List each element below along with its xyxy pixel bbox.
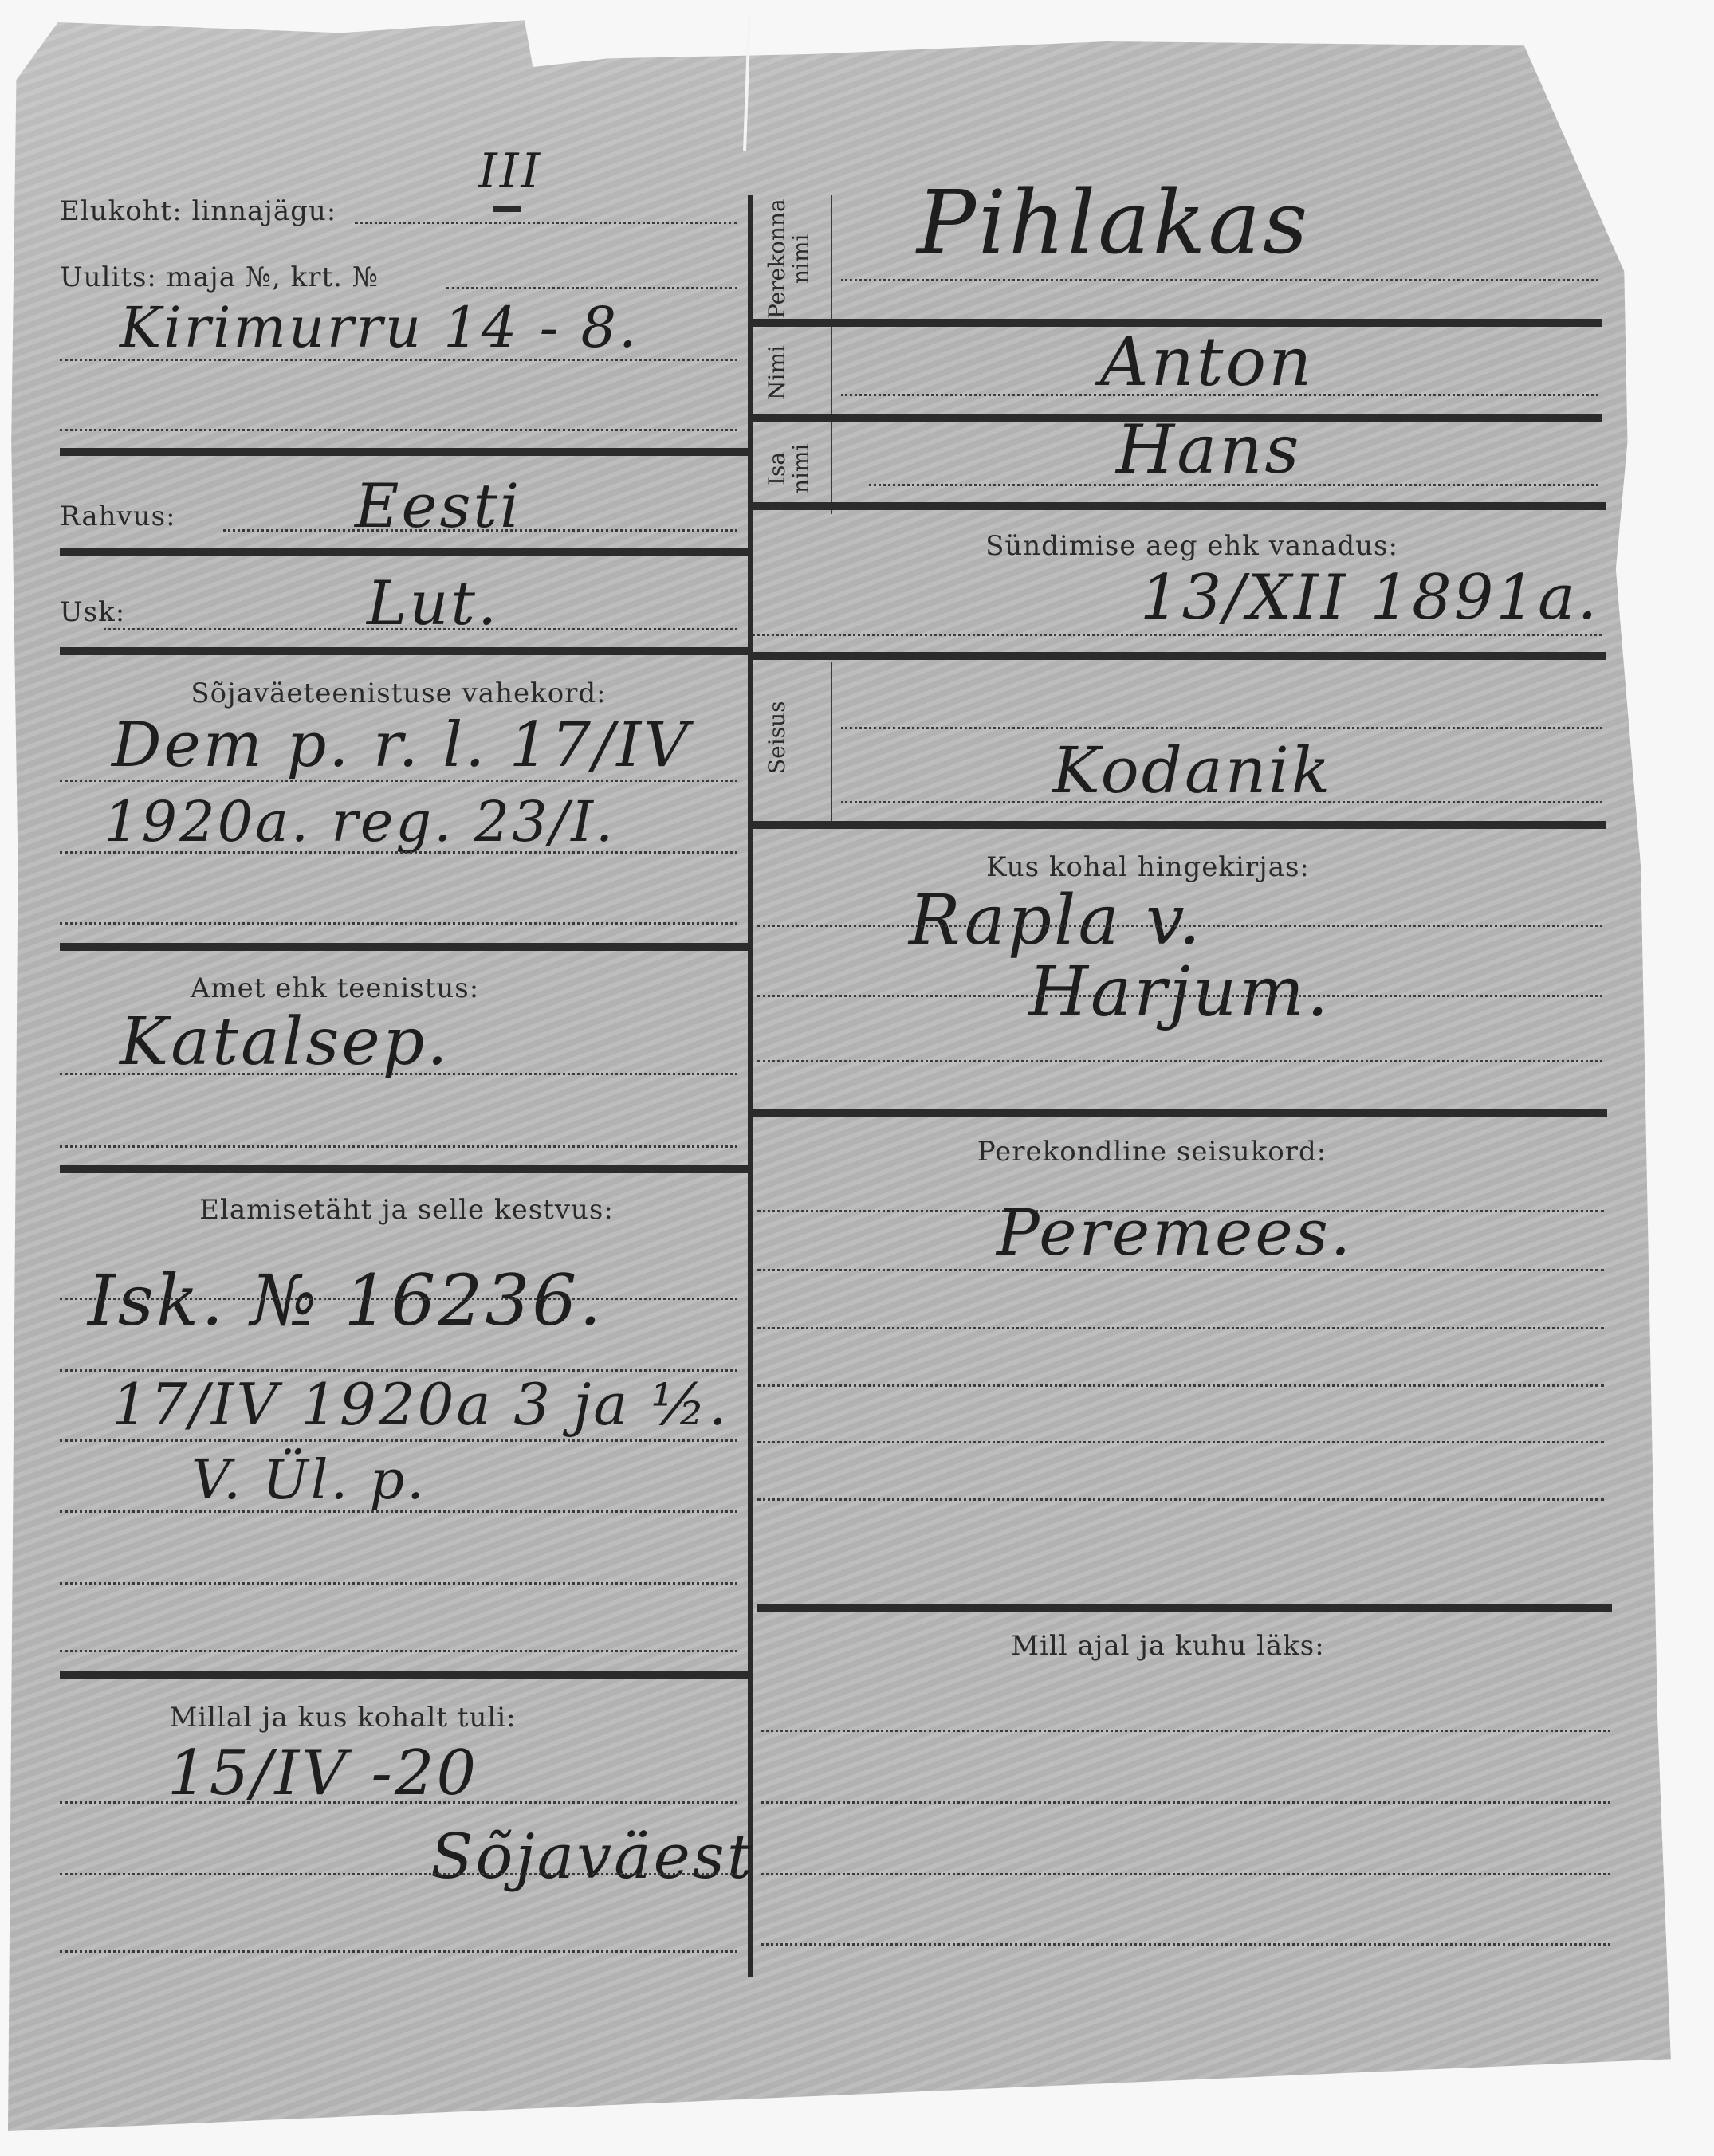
- perekondlik-line-4: [757, 1384, 1604, 1387]
- lahkus-label: Mill ajal ja kuhu läks:: [1011, 1630, 1324, 1662]
- hingekiri-line-3: [757, 1060, 1602, 1062]
- elamisetaht-line-5: [60, 1582, 737, 1585]
- seisus-line-1: [841, 727, 1602, 729]
- synd-value: 13/XII 1891a.: [1140, 562, 1599, 634]
- millal-tuli-line-1: [60, 1801, 737, 1804]
- amet-value: Katalsep.: [120, 1004, 450, 1080]
- perekonnanimi-value: Pihlakas: [917, 171, 1311, 273]
- elukoht-label: Elukoht: linnajägu:: [60, 195, 336, 227]
- elamisetaht-line-4: [60, 1510, 737, 1513]
- sojavae-line-3: [60, 922, 737, 925]
- divider-rule: [757, 1604, 1612, 1612]
- sojavae-value-2: 1920a. reg. 23/I.: [104, 789, 615, 854]
- hingekiri-value-1: Rapla v.: [909, 881, 1203, 960]
- divider-rule: [60, 1165, 748, 1173]
- nimi-value: Anton: [1100, 323, 1314, 401]
- lahkus-line-2: [761, 1801, 1610, 1804]
- uulits-line-1: [446, 287, 737, 289]
- rahvus-label: Rahvus:: [60, 501, 176, 532]
- millal-tuli-value-2: Sõjaväest: [430, 1821, 754, 1893]
- millal-tuli-line-3: [60, 1950, 737, 1953]
- divider-rule: [753, 502, 1606, 510]
- divider-rule: [60, 548, 748, 556]
- sojavae-line-1: [60, 780, 737, 782]
- hingekiri-label: Kus kohal hingekirjas:: [986, 851, 1310, 883]
- hingekiri-line-2: [757, 995, 1602, 997]
- usk-line: [104, 628, 737, 630]
- isanimi-line: [869, 484, 1598, 486]
- uulits-line-3: [60, 429, 737, 431]
- perekondlik-line-5: [757, 1441, 1604, 1443]
- uulits-value: Kirimurru 14 - 8.: [120, 295, 639, 360]
- elamisetaht-line-6: [60, 1650, 737, 1652]
- seisus-line-2: [841, 801, 1602, 803]
- elamisetaht-line-3: [60, 1439, 737, 1442]
- label-gutter-line: [831, 662, 832, 829]
- divider-rule: [60, 647, 748, 655]
- synd-label: Sündimise aeg ehk vanadus:: [985, 530, 1398, 562]
- lahkus-line-3: [761, 1873, 1610, 1875]
- lahkus-line-1: [761, 1730, 1610, 1732]
- elamisetaht-label: Elamisetäht ja selle kestvus:: [199, 1194, 614, 1226]
- top-mark: III: [478, 143, 542, 199]
- seisus-label: Seisus: [765, 693, 821, 781]
- perekondlik-value: Peremees.: [997, 1196, 1353, 1270]
- divider-rule: [60, 448, 748, 456]
- divider-rule: [753, 821, 1606, 829]
- perekonnanimi-line: [841, 279, 1598, 281]
- nimi-line: [841, 394, 1598, 396]
- hingekiri-line-1: [757, 925, 1602, 927]
- divider-rule: [753, 652, 1606, 660]
- elamisetaht-value-3: V. Ül. p.: [191, 1449, 427, 1512]
- label-gutter-line: [831, 195, 832, 514]
- elamisetaht-value-1: Isk. № 16236.: [88, 1259, 603, 1341]
- isanimi-label: Isa nimi: [765, 430, 821, 506]
- elamisetaht-line-1: [60, 1298, 737, 1300]
- usk-label: Usk:: [60, 596, 125, 628]
- top-mark-underline: [493, 206, 521, 212]
- amet-line-2: [60, 1145, 737, 1148]
- amet-label: Amet ehk teenistus:: [191, 972, 479, 1004]
- seisus-value: Kodanik: [1052, 733, 1332, 807]
- divider-rule: [753, 1109, 1607, 1117]
- elamisetaht-value-2: 17/IV 1920a 3 ja ½.: [112, 1371, 729, 1438]
- perekondlik-line-6: [757, 1498, 1604, 1501]
- synd-line: [753, 634, 1602, 636]
- elukoht-line: [355, 222, 737, 224]
- amet-line-1: [60, 1073, 737, 1075]
- uulits-label: Uulits: maja №, krt. №: [60, 261, 379, 293]
- uulits-line-2: [60, 359, 737, 361]
- sojavae-value-1: Dem p. r. l. 17/IV: [112, 709, 690, 781]
- isanimi-value: Hans: [1116, 410, 1302, 489]
- lahkus-line-4: [761, 1943, 1610, 1946]
- millal-tuli-line-2: [60, 1873, 737, 1875]
- nimi-label: Nimi: [765, 335, 821, 410]
- millal-tuli-value-1: 15/IV -20: [167, 1738, 478, 1809]
- millal-tuli-label: Millal ja kus kohalt tuli:: [169, 1702, 516, 1734]
- center-divider: [748, 195, 753, 1977]
- divider-rule: [60, 1671, 748, 1679]
- perekonnanimi-label: Perekonna nimi: [765, 199, 821, 319]
- rahvus-line: [223, 529, 737, 532]
- hingekiri-value-2: Harjum.: [1028, 952, 1331, 1032]
- perekondlik-line-3: [757, 1327, 1604, 1329]
- perekondlik-label: Perekondline seisukord:: [977, 1136, 1327, 1168]
- sojavae-line-2: [60, 851, 737, 854]
- divider-rule: [60, 943, 748, 951]
- sojavae-label: Sõjaväeteenistuse vahekord:: [191, 677, 606, 709]
- perekondlik-line-2: [757, 1269, 1604, 1271]
